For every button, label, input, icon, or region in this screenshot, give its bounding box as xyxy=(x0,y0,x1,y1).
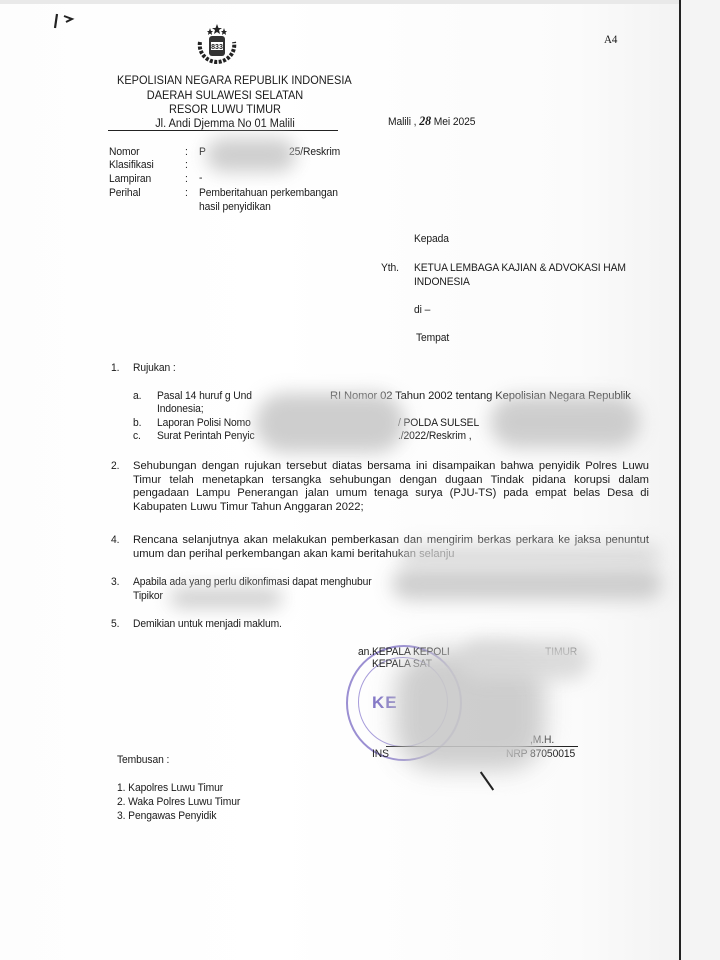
signature-rank: INS xyxy=(372,748,389,761)
ref-letter: b. xyxy=(133,417,141,430)
ref-letter: c. xyxy=(133,430,141,443)
stamp-text: KE xyxy=(372,693,398,713)
redaction-refs-right xyxy=(490,396,640,448)
handwritten-mark-icon xyxy=(52,10,78,32)
svg-text:833: 833 xyxy=(211,44,223,51)
tembusan-item: 3. Pengawas Penyidik xyxy=(117,810,216,823)
letterhead-divider xyxy=(108,130,338,131)
recipient-yth: Yth. xyxy=(381,262,399,275)
item-number: 1. xyxy=(111,362,119,375)
meta-value-perihal: Pemberitahuan perkembangan xyxy=(199,187,338,200)
item-text-penutup: Demikian untuk menjadi maklum. xyxy=(133,618,282,631)
redaction-refs xyxy=(255,393,405,453)
letterhead-institution: KEPOLISIAN NEGARA REPUBLIK INDONESIA xyxy=(117,73,333,88)
tembusan-item: 1. Kapolres Luwu Timur xyxy=(117,782,223,795)
meta-sep: : xyxy=(185,173,188,186)
letterhead-address: Jl. Andi Djemma No 01 Malili xyxy=(117,116,333,131)
meta-sep: : xyxy=(185,146,188,159)
recipient-name: KETUA LEMBAGA KAJIAN & ADVOKASI HAM xyxy=(414,262,626,275)
item-number: 3. xyxy=(111,576,119,589)
date-month-year: Mei 2025 xyxy=(434,116,476,128)
item-text-rujukan: Rujukan : xyxy=(133,362,176,375)
tembusan-title: Tembusan : xyxy=(117,754,169,767)
letter-date: Malili , 28 Mei 2025 xyxy=(388,114,475,129)
redaction-rencana xyxy=(400,544,660,566)
ref-c-mid: ./2022/Reskrim , xyxy=(398,430,471,443)
meta-value-nomor-suffix: 25/Reskrim xyxy=(289,146,340,159)
date-day-handwritten: 28 xyxy=(419,113,431,128)
redaction-signature-top xyxy=(460,640,590,680)
ref-b-mid: / POLDA SULSEL xyxy=(398,417,479,430)
item-text-kontak-line2: Tipikor xyxy=(133,590,163,603)
recipient-di: di – xyxy=(414,304,430,317)
meta-sep: : xyxy=(185,187,188,200)
item-number: 4. xyxy=(111,534,119,547)
ref-c-start: Surat Perintah Penyic xyxy=(157,430,255,443)
ref-b-start: Laporan Polisi Nomo xyxy=(157,417,251,430)
item-number: 5. xyxy=(111,618,119,631)
meta-value-perihal-line2: hasil penyidikan xyxy=(199,201,271,214)
meta-label-perihal: Perihal xyxy=(109,187,140,200)
redaction-kontak-line2 xyxy=(170,588,282,608)
meta-value-lampiran: - xyxy=(199,172,202,185)
tembusan-item: 2. Waka Polres Luwu Timur xyxy=(117,796,240,809)
meta-value-nomor: P xyxy=(199,146,206,159)
meta-label-lampiran: Lampiran xyxy=(109,173,151,186)
ref-a-start: Pasal 14 huruf g Und xyxy=(157,390,252,403)
recipient-name-line2: INDONESIA xyxy=(414,276,470,289)
letterhead-region: DAERAH SULAWESI SELATAN xyxy=(117,88,333,103)
letterhead-office: RESOR LUWU TIMUR xyxy=(117,102,333,117)
ref-letter: a. xyxy=(133,390,141,403)
redaction-kontak xyxy=(392,568,662,600)
item-number: 2. xyxy=(111,460,119,473)
recipient-kepada: Kepada xyxy=(414,233,449,246)
meta-label-klasifikasi: Klasifikasi xyxy=(109,159,154,172)
background-margin xyxy=(681,0,720,960)
police-emblem-icon: 833 xyxy=(190,24,244,64)
recipient-tempat: Tempat xyxy=(416,332,449,345)
item-text-penetapan: Sehubungan dengan rujukan tersebut diata… xyxy=(133,460,649,514)
meta-label-nomor: Nomor xyxy=(109,146,139,159)
meta-sep: : xyxy=(185,159,188,172)
ref-a-line2: Indonesia; xyxy=(157,403,204,416)
redaction-nomor xyxy=(206,138,296,172)
date-place: Malili , xyxy=(388,116,416,128)
paper-size-label: A4 xyxy=(604,33,617,46)
